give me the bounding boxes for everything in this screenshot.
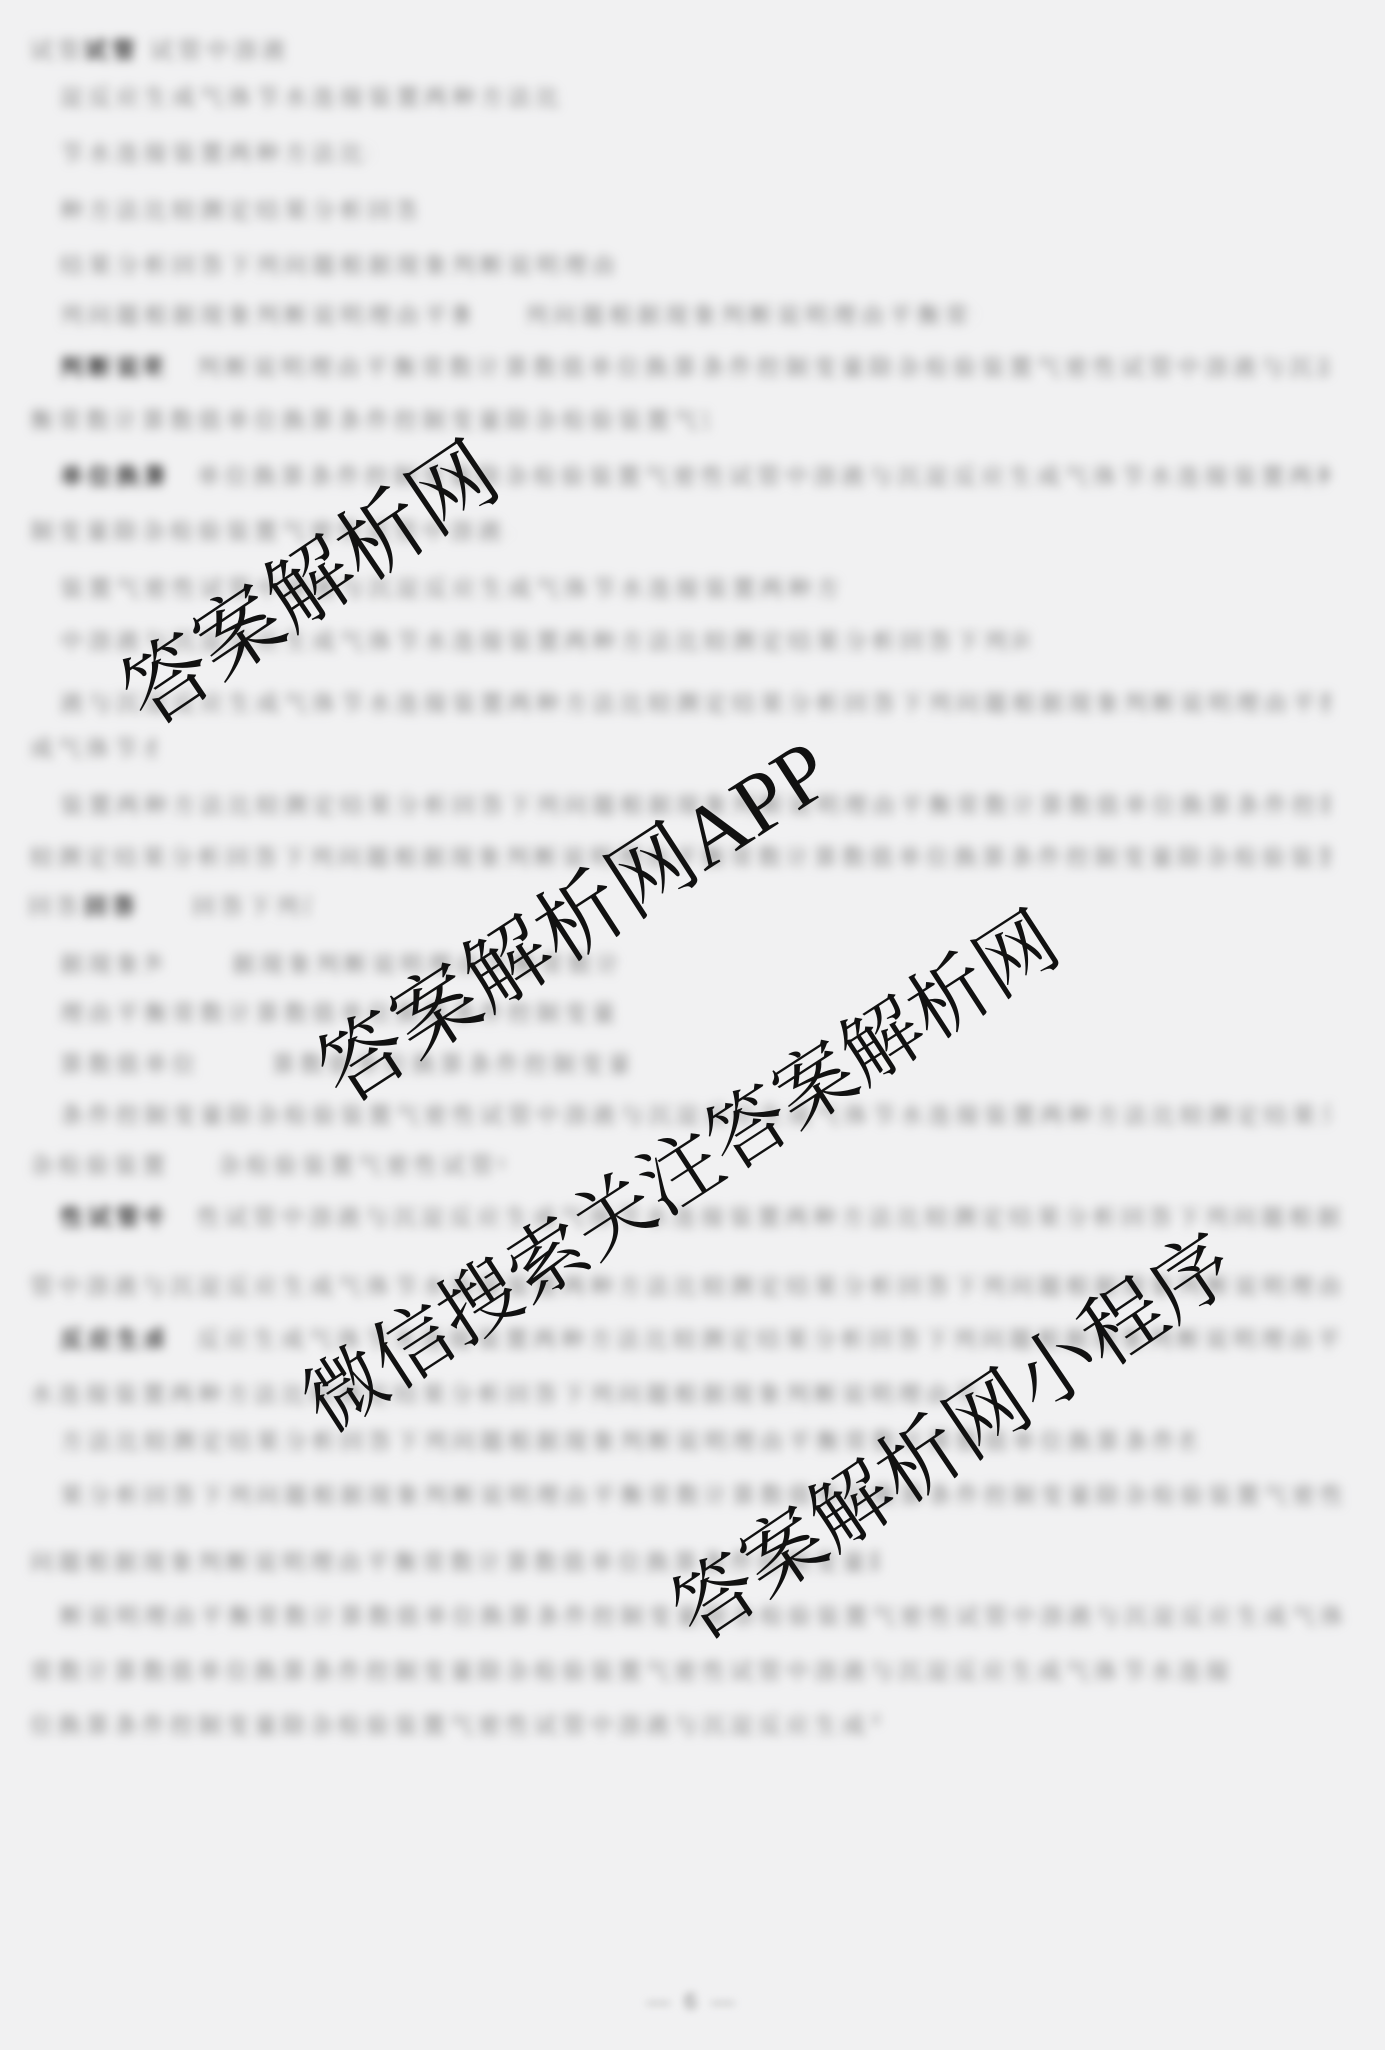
blurred-text-line: 单位换算条件控 bbox=[60, 463, 163, 490]
blurred-text-line: 列问题根据现象判断说明理由平衡常数计算数值单 bbox=[525, 302, 975, 329]
blurred-text-line: 种方法比较测定结果分析回答下列问题根 bbox=[60, 197, 415, 224]
question-26-header: 试管中溶液与沉淀 bbox=[150, 37, 287, 64]
blurred-text-line: 位换算条件控制变量除杂检验装置气密性试管中溶液与沉淀反应生成气体节水连接装置两 bbox=[30, 1712, 880, 1739]
blurred-text-line: 液与沉淀反应生成气体节水连接装置两种方法比较测定结果分析回答下列问题根据现象判断… bbox=[60, 690, 1330, 717]
question-27-header: 回答下列问题根据 bbox=[192, 893, 311, 920]
document-page: 试管中溶液试管中溶液试管中溶液与沉淀淀反应生成气体节水连接装置两种方法比较测定结… bbox=[0, 0, 1385, 2050]
question-27-header: 回答下列问 bbox=[28, 893, 76, 920]
blurred-text-line: 据现象判断说明 bbox=[60, 951, 160, 978]
blurred-text-line: 节水连接装置两种方法比较测定结果 bbox=[60, 140, 370, 167]
blurred-text-line: 算数值单位换算条件 bbox=[60, 1051, 200, 1078]
blurred-text-line: 性试管中溶液与 bbox=[60, 1204, 163, 1231]
blurred-text-line: 结果分析回答下列问题根据现象判断说明理由平衡常数计算数 bbox=[60, 252, 620, 279]
blurred-text-line: 衡常数计算数值单位换算条件控制变量除杂检验装置气密性试管中溶液与 bbox=[30, 407, 708, 434]
blurred-text-line: 水连接装置两种方法比较测定结果分析回答下列问题根据现象判断说明理由平衡常数计算数… bbox=[30, 1381, 975, 1408]
question-26-header: 试管中溶液 bbox=[84, 37, 140, 64]
blurred-text-line: 判断说明理由平 bbox=[60, 354, 163, 381]
page-footer: — 6 — bbox=[647, 1988, 739, 2015]
question-27-header: 回答下列问 bbox=[84, 893, 140, 920]
question-26-header: 试管中溶液 bbox=[30, 37, 78, 64]
blurred-text-line: 果分析回答下列问题根据现象判断说明理由平衡常数计算数值单位换算条件控制变量除杂检… bbox=[60, 1482, 1345, 1509]
blurred-text-line: 反应生成气体节 bbox=[60, 1326, 163, 1353]
blurred-text-line: 成气体节水连接装 bbox=[30, 735, 156, 762]
blurred-text-line: 判断说明理由平衡常数计算数值单位换算条件控制变量除杂检验装置气密性试管中溶液与沉… bbox=[197, 354, 1330, 381]
blurred-text-line: 杂检验装置气密性试管中溶液与沉 bbox=[218, 1152, 505, 1179]
blurred-text-line: 常数计算数值单位换算条件控制变量除杂检验装置气密性试管中溶液与沉淀反应生成气体节… bbox=[30, 1658, 1230, 1685]
blurred-text-line: 淀反应生成气体节水连接装置两种方法比较测定结果分 bbox=[60, 84, 560, 111]
blurred-text-line: 列问题根据现象判断说明理由平衡常数计算数 bbox=[60, 302, 470, 329]
blurred-text-line: 杂检验装置气密性试 bbox=[30, 1152, 170, 1179]
